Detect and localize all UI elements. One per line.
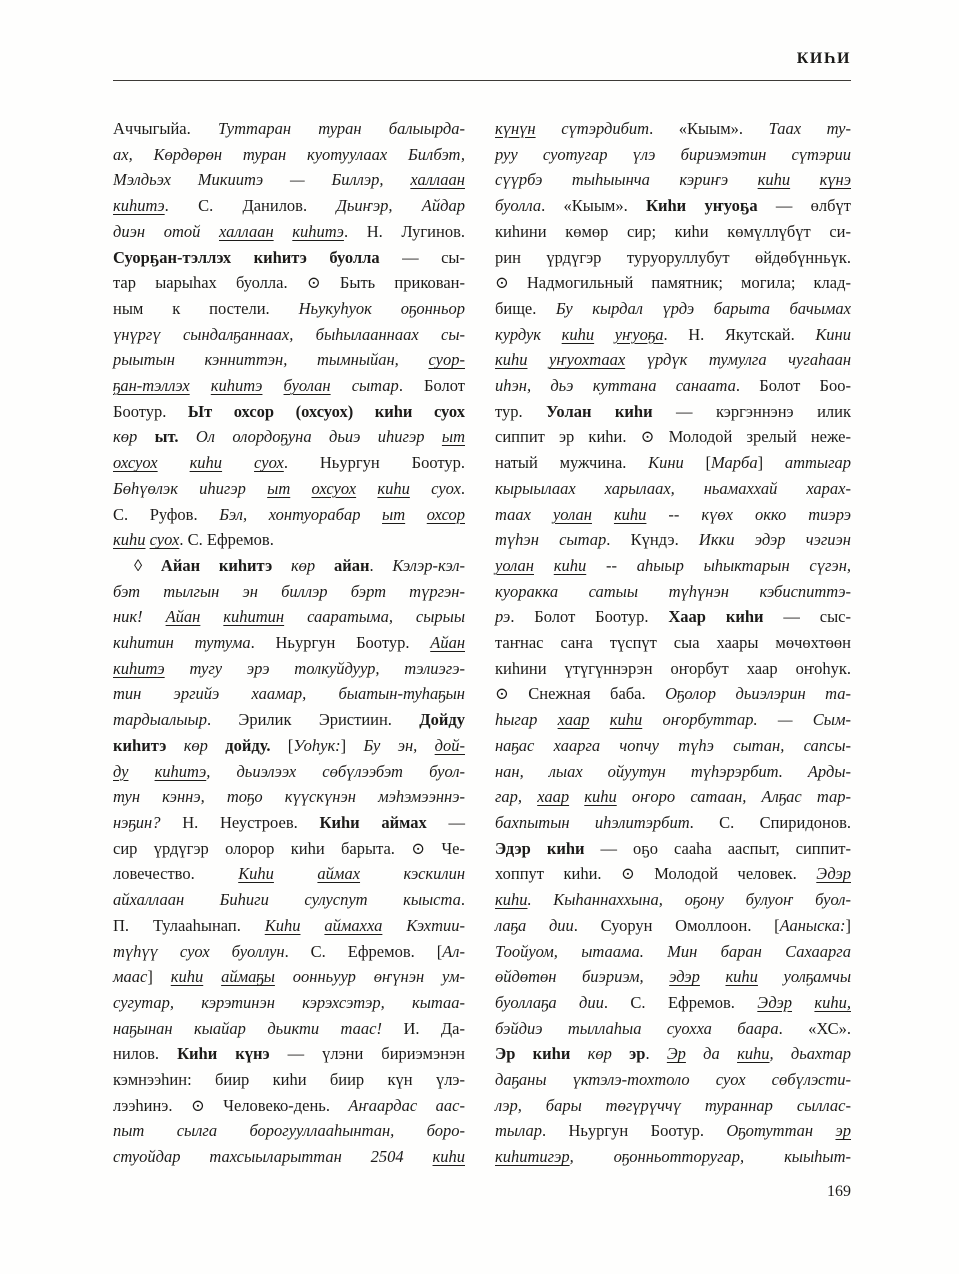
text-line: сүүрбэ тыһыынча кэриҥэ киһи күнэ <box>495 167 851 193</box>
citation-text: суох <box>410 479 461 498</box>
body-text: киһини көмөр сир; киһи көмүллүбүт си- <box>495 222 851 241</box>
citation-text: тылар <box>495 1121 542 1140</box>
underlined-citation-word: киһи, <box>814 993 851 1012</box>
citation-text: уолҕамчы <box>758 967 851 986</box>
underlined-citation-word: киһитэ <box>155 762 207 781</box>
underlined-citation-word: уҥуоҕа <box>615 325 664 344</box>
body-text: натый мужчина. <box>495 453 648 472</box>
body-text: хоппут киһи. ⊙ Молодой человек. <box>495 864 816 883</box>
underlined-citation-word: Эдэр <box>816 864 851 883</box>
text-line: сиппит эр киһи. ⊙ Молодой зрелый неже- <box>495 424 851 450</box>
citation-text: киһитин тутума <box>113 633 251 652</box>
text-line: кэмнээһин: биир киһи биир күн үлэ- <box>113 1067 465 1093</box>
citation-text: буоллаҕа дии <box>495 993 604 1012</box>
body-text: . <box>645 1044 666 1063</box>
text-line: нэҕин? Н. Неустроев. Киһи аймах — <box>113 810 465 836</box>
headword-text: Ыт охсор (охсуох) киһи суох <box>188 402 465 421</box>
text-line: киһи уҥуохтаах үрдүк тумулга чугаһаан <box>495 347 851 373</box>
underlined-citation-word: киһи <box>610 710 642 729</box>
body-text: . «ХС». <box>779 1019 851 1038</box>
underlined-citation-word: хаар <box>558 710 590 729</box>
text-line: наҕынан кыайар дьикти таас! И. Да- <box>113 1016 465 1042</box>
underlined-citation-word: киһи <box>584 787 616 806</box>
text-line: киһитэ. С. Данилов. Дьиҥэр, Айдар <box>113 193 465 219</box>
headword-text: Хаар киһи <box>668 607 763 626</box>
body-text: И. Да- <box>382 1019 465 1038</box>
citation-text: түһэн сытар <box>495 530 606 549</box>
running-head: КИҺИ <box>113 50 851 68</box>
citation-text: тун кэннэ, тоҕо күүскүнэн мэһэмээннэ- <box>113 787 465 806</box>
citation-text: , оҕонньотторугар, кыыһыт- <box>570 1147 851 1166</box>
body-text: кэмнээһин: биир киһи биир күн үлэ- <box>113 1070 465 1089</box>
text-line: таҥнас саҥа түспүт сыа хаары мөчөхтөөн <box>495 630 851 656</box>
underlined-citation-word: аймах <box>317 864 360 883</box>
citation-text: Ол олордоҕуна дьиэ иһигэр <box>196 427 442 446</box>
underlined-citation-word: эдэр <box>669 967 700 986</box>
body-text: . «Кыым». <box>649 119 769 138</box>
underlined-citation-word: ыт <box>442 427 465 446</box>
page-number: 169 <box>495 1183 851 1201</box>
body-text: тур. <box>495 402 546 421</box>
underlined-citation-word: Эр <box>667 1044 686 1063</box>
citation-text: Аҥаардас аас- <box>348 1096 465 1115</box>
underlined-citation-word: Эдэр <box>757 993 792 1012</box>
text-line: ду киһитэ, дьиэлээх сөбүлээбэт буол- <box>113 759 465 785</box>
text-line: күнүн сүтэрдибит. «Кыым». Таах ту- <box>495 116 851 142</box>
citation-text: руу суотугар үлэ бириэмэтин сүтэрии <box>495 145 851 164</box>
headword-text: айан <box>334 556 370 575</box>
body-text: [ <box>684 453 711 472</box>
body-text: ловечество. <box>113 864 238 883</box>
body-text: . Эрилик Эристиин. <box>207 710 419 729</box>
citation-text: Ал- <box>442 942 465 961</box>
citation-text: стуойдар тахсыыларыттан 2504 <box>113 1147 433 1166</box>
body-text: Аччыгыйа. <box>113 119 218 138</box>
headword-text: Уолан киһи <box>546 402 653 421</box>
column-left: Аччыгыйа. Туттаран туран балыырда-ах, Кө… <box>113 116 465 1170</box>
body-text: бище. <box>495 299 556 318</box>
citation-text: рыытын кэнниттэн, тымныйан, <box>113 350 428 369</box>
citation-text: курдук <box>495 325 562 344</box>
text-line: киһитин тутума. Ньургун Боотур. Айан <box>113 630 465 656</box>
text-line: С. Руфов. Бэл, хонтуорабар ыт охсор <box>113 502 465 528</box>
text-line: Бөһүөлэк иһигэр ыт охсуох киһи суох. <box>113 476 465 502</box>
text-line: тур. Уолан киһи — кэргэннэнэ илик <box>495 399 851 425</box>
citation-text: сүүрбэ тыһыынча кэриҥэ <box>495 170 758 189</box>
citation-text: оҥорбуттар. — Сым- <box>642 710 851 729</box>
body-text: ◊ <box>134 556 161 575</box>
underlined-citation-word: киһи <box>554 556 586 575</box>
underlined-citation-word: суор- <box>428 350 465 369</box>
underlined-citation-word: дой- <box>435 736 465 755</box>
body-text: . С. Данилов. <box>165 196 337 215</box>
text-line: киһини үтүгүннэрэн оҥорбут хаар оҥоһук. <box>495 656 851 682</box>
body-text: — оҕо сааһа ааспыт, сиппит- <box>585 839 851 858</box>
underlined-citation-word: Айан <box>430 633 465 652</box>
underlined-citation-word: киһи <box>377 479 409 498</box>
citation-text: ах, Көрдөрөн туран куотуулаах Билбэт, <box>113 145 465 164</box>
text-line: П. Тулааһынап. Киһи аймахха Кэхтии- <box>113 913 465 939</box>
citation-text: көр <box>113 427 137 446</box>
citation-text: кырыылаах харылаах, ньамаххай харах- <box>495 479 851 498</box>
text-line: ловечество. Киһи аймах кэскилин <box>113 861 465 887</box>
text-line: Мэлдьэх Микиитэ — Биллэр, халлаан <box>113 167 465 193</box>
underlined-citation-word: Айан <box>166 607 201 626</box>
underlined-citation-word: ду <box>113 762 128 781</box>
underlined-citation-word: киһитин <box>223 607 284 626</box>
citation-text: гар, <box>495 787 537 806</box>
text-line: киһини көмөр сир; киһи көмүллүбүт си- <box>495 219 851 245</box>
citation-text: сүтэрдибит <box>536 119 649 138</box>
underlined-citation-word: ыт <box>267 479 290 498</box>
citation-text: айхаллаан Биһиги сулуспут кыыста <box>113 890 461 909</box>
citation-text: Кини <box>648 453 684 472</box>
text-line: лэр, бары төгүрүччү тураннар сыллас- <box>495 1093 851 1119</box>
body-text: . Болот <box>399 376 465 395</box>
text-line: хоппут киһи. ⊙ Молодой человек. Эдэр <box>495 861 851 887</box>
citation-text: Ааныска: <box>780 916 846 935</box>
citation-text: да <box>686 1044 737 1063</box>
text-line: ах, Көрдөрөн туран куотуулаах Билбэт, <box>113 142 465 168</box>
text-line: ⊙ Снежная баба. Оҕолор дьиэлэрин та- <box>495 681 851 707</box>
underlined-citation-word: киһитэ <box>211 376 263 395</box>
citation-text: аттыгар <box>785 453 851 472</box>
underlined-citation-word: буолан <box>284 376 331 395</box>
underlined-citation-word: халлаан <box>219 222 274 241</box>
text-line: ник! Айан киһитин сааратыма, сырыы <box>113 604 465 630</box>
body-text: . Н. Лугинов. <box>344 222 465 241</box>
text-line: сир үрдүгэр олорор киһи барыта. ⊙ Че- <box>113 836 465 862</box>
body-text: ] <box>846 916 852 935</box>
citation-text: , дьиэлээх сөбүлээбэт буол- <box>206 762 465 781</box>
underlined-citation-word: киһи <box>495 890 527 909</box>
body-text: — сы- <box>380 248 465 267</box>
body-text: тар ыарыһах буолла. ⊙ Быть прикован- <box>113 273 465 292</box>
text-line: киһитигэр, оҕонньотторугар, кыыһыт- <box>495 1144 851 1170</box>
headword-text: Дойду <box>419 710 465 729</box>
citation-text: лаҕа дии <box>495 916 574 935</box>
citation-text: һыгар <box>495 710 558 729</box>
citation-text: тардыалыыр <box>113 710 207 729</box>
citation-text: Бу кырдал үрдэ барыта бачымах <box>556 299 851 318</box>
underlined-citation-word: киһи <box>725 967 757 986</box>
citation-text: үрдүк тумулга чугаһаан <box>625 350 851 369</box>
body-text: сир үрдүгэр олорор киһи барыта. ⊙ Че- <box>113 839 465 858</box>
citation-text: Оҕолор дьиэлэрин та- <box>665 684 851 703</box>
body-text: — сыс- <box>764 607 851 626</box>
underlined-citation-word: киһи <box>737 1044 769 1063</box>
headword-text: Киһи күнэ <box>177 1044 270 1063</box>
citation-text: нэҕин? <box>113 813 160 832</box>
body-text: сиппит эр киһи. ⊙ Молодой зрелый неже- <box>495 427 851 446</box>
body-text: [ <box>270 736 293 755</box>
body-text: . С. Спиридонов. <box>690 813 851 832</box>
body-text: . С. Ефремов. <box>604 993 757 1012</box>
text-line: тылар. Ньургун Боотур. Оҕотуттан эр <box>495 1118 851 1144</box>
citation-text: тугу эрэ толкуйдуур, тэлиэгэ- <box>165 659 465 678</box>
citation-text: оҥоро сатаан, Алҕас тар- <box>617 787 851 806</box>
citation-text: Кэхтии- <box>382 916 465 935</box>
underlined-citation-word: киһитэ <box>113 196 165 215</box>
text-line: маас] киһи аймаҕы оонньуур өҥүнэн ум- <box>113 964 465 990</box>
body-text: нилов. <box>113 1044 177 1063</box>
text-line: киһитэ тугу эрэ толкуйдуур, тэлиэгэ- <box>113 656 465 682</box>
headword-text: Эр киһи <box>495 1044 570 1063</box>
text-columns: Аччыгыйа. Туттаран туран балыырда-ах, Кө… <box>113 116 851 1170</box>
dictionary-page: { "running_head": "КИҺИ", "page_number":… <box>0 0 959 1274</box>
citation-text: бэт тылгын эн биллэр бэрт түргэн- <box>113 582 465 601</box>
text-line: курдук киһи уҥуоҕа. Н. Якутскай. Кини <box>495 322 851 348</box>
text-line: нилов. Киһи күнэ — үлэни бириэмэнэн <box>113 1041 465 1067</box>
underlined-citation-word: киһитэ <box>292 222 344 241</box>
headword-text: киһитэ <box>113 736 166 755</box>
text-line: гар, хаар киһи оҥоро сатаан, Алҕас тар- <box>495 784 851 810</box>
headword-text: дойду. <box>225 736 270 755</box>
headword-text: ыт. <box>137 427 196 446</box>
text-line: бище. Бу кырдал үрдэ барыта бачымах <box>495 296 851 322</box>
underlined-citation-word: аймаҕы <box>221 967 275 986</box>
citation-text: -- аһыыр ыһыктарын сүгэн, <box>586 556 851 575</box>
underlined-citation-word: уолан <box>495 556 534 575</box>
text-line: Эр киһи көр эр. Эр да киһи, дьахтар <box>495 1041 851 1067</box>
text-line: Эдэр киһи — оҕо сааһа ааспыт, сиппит- <box>495 836 851 862</box>
body-text: С. Руфов. <box>113 505 219 524</box>
body-text: . С. Ефремов. [ <box>285 942 443 961</box>
body-text: . Күндэ. <box>606 530 699 549</box>
text-line: киһитэ көр дойду. [Уоһук:] Бу эн, дой- <box>113 733 465 759</box>
text-line: Тоойуом, ытаама. Мин баран Сахаарга <box>495 939 851 965</box>
body-text: . <box>461 890 465 909</box>
text-line: киһи суох. С. Ефремов. <box>113 527 465 553</box>
text-line: буолла. «Кыым». Киһи уҥуоҕа — өлбүт <box>495 193 851 219</box>
citation-text: бэйдиэ тыллаһыа суохха баара <box>495 1019 779 1038</box>
body-text: . С. Ефремов. <box>179 530 273 549</box>
text-line: үнүргү сындалҕаннаах, быһылааннаах сы- <box>113 322 465 348</box>
underlined-citation-word: охсор <box>427 505 465 524</box>
text-line: таах уолан киһи -- күөх окко тиэрэ <box>495 502 851 528</box>
body-text: киһини үтүгүннэрэн оҥорбут хаар оҥоһук. <box>495 659 851 678</box>
citation-text: куоракка сатыы түһүнэн кэбиспиттэ- <box>495 582 851 601</box>
text-line: ҕан-тэллэх киһитэ буолан сытар. Болот <box>113 373 465 399</box>
body-text: . Ньургун Боотур. <box>542 1121 726 1140</box>
citation-text: Кини <box>815 325 851 344</box>
body-text: Н. Неустроев. <box>160 813 319 832</box>
underlined-citation-word: аймахха <box>324 916 382 935</box>
body-text: ] <box>341 736 364 755</box>
text-line: стуойдар тахсыыларыттан 2504 киһи <box>113 1144 465 1170</box>
underlined-citation-word: киһи <box>495 350 527 369</box>
citation-text: наҕынан кыайар дьикти таас! <box>113 1019 382 1038</box>
underlined-citation-word: киһи <box>190 453 222 472</box>
underlined-citation-word: ҕан-тэллэх <box>113 376 190 395</box>
citation-text: Туттаран туран балыырда- <box>218 119 465 138</box>
citation-text: иһэн, дьэ куттана санаата <box>495 376 736 395</box>
citation-text: , дьахтар <box>770 1044 851 1063</box>
body-text: . <box>369 556 392 575</box>
text-line: һыгар хаар киһи оҥорбуттар. — Сым- <box>495 707 851 733</box>
citation-text: рэ <box>495 607 510 626</box>
body-text: . Болот Боотур. <box>510 607 668 626</box>
text-line: Аччыгыйа. Туттаран туран балыырда- <box>113 116 465 142</box>
citation-text: -- күөх окко тиэрэ <box>646 505 851 524</box>
text-line: буоллаҕа дии. С. Ефремов. Эдэр киһи, <box>495 990 851 1016</box>
citation-text: маас <box>113 967 147 986</box>
text-line: тардыалыыр. Эрилик Эристиин. Дойду <box>113 707 465 733</box>
citation-text: . Кыһаннаххына, оҕону булуоҥ буол- <box>527 890 851 909</box>
text-line: лээһинэ. ⊙ Человеко-день. Аҥаардас аас- <box>113 1093 465 1119</box>
citation-text: лэр, бары төгүрүччү тураннар сыллас- <box>495 1096 851 1115</box>
text-line: уолан киһи -- аһыыр ыһыктарын сүгэн, <box>495 553 851 579</box>
text-line: ⊙ Надмогильный памятник; могила; клад- <box>495 270 851 296</box>
text-line: тин эргийэ хаамар, быатын-туһаҕын <box>113 681 465 707</box>
body-text: . Ньургун Боотур. <box>251 633 431 652</box>
body-text: ным к постели. <box>113 299 299 318</box>
headword-text: Киһи уҥуоҕа <box>646 196 758 215</box>
text-line: рин үрдүгэр туруоруллубут өйдөбүнньүк. <box>495 245 851 271</box>
text-line: руу суотугар үлэ бириэмэтин сүтэрии <box>495 142 851 168</box>
header-rule <box>113 80 851 81</box>
text-line: сугутар, кэрэтинэн кэрэхсэтэр, кытаа- <box>113 990 465 1016</box>
text-line: рэ. Болот Боотур. Хаар киһи — сыс- <box>495 604 851 630</box>
text-line: бахпытын иһэлитэрбит. С. Спиридонов. <box>495 810 851 836</box>
text-line: түһэн сытар. Күндэ. Икки эдэр чэгиэн <box>495 527 851 553</box>
citation-text: Уоһук: <box>293 736 340 755</box>
body-text: лээһинэ. ⊙ Человеко-день. <box>113 1096 348 1115</box>
citation-text: Бэл, хонтуорабар <box>219 505 382 524</box>
citation-text: нан, лыах ойуутун түһэрэрбит. Арды- <box>495 762 851 781</box>
underlined-citation-word: Киһи <box>265 916 301 935</box>
text-line: диэн отой халлаан киһитэ. Н. Лугинов. <box>113 219 465 245</box>
text-line: кырыылаах харылаах, ньамаххай харах- <box>495 476 851 502</box>
citation-text: кэскилин <box>360 864 465 883</box>
body-text: — өлбүт <box>758 196 851 215</box>
underlined-citation-word: күнүн <box>495 119 536 138</box>
text-line: тун кэннэ, тоҕо күүскүнэн мэһэмээннэ- <box>113 784 465 810</box>
citation-text: Мэлдьэх Микиитэ — Биллэр, <box>113 170 410 189</box>
body-text: . Болот Боо- <box>736 376 851 395</box>
body-text: . Н. Якутскай. <box>664 325 816 344</box>
citation-text: Ньукуһуок оҕонньор <box>299 299 465 318</box>
underlined-citation-word: киһи <box>562 325 594 344</box>
citation-text: пыт сылга борогууллааһынтан, боро- <box>113 1121 465 1140</box>
body-text: П. Тулааһынап. <box>113 916 265 935</box>
citation-text: түһүү суох буоллун <box>113 942 285 961</box>
text-line: наҕас хаарга чопчу түһэ сытан, сапсы- <box>495 733 851 759</box>
citation-text: тин эргийэ хаамар, быатын-туһаҕын <box>113 684 465 703</box>
body-text: . <box>461 479 465 498</box>
citation-text: Бөһүөлэк иһигэр <box>113 479 267 498</box>
text-line: даҕаны үктэлэ-тохтоло суох сөбүлэсти- <box>495 1067 851 1093</box>
body-text: — кэргэннэнэ илик <box>653 402 851 421</box>
underlined-citation-word: күнэ <box>820 170 851 189</box>
body-text: Боотур. <box>113 402 188 421</box>
underlined-citation-word: киһи <box>113 530 145 549</box>
underlined-citation-word: киһи <box>614 505 646 524</box>
citation-text: сытар <box>331 376 399 395</box>
underlined-citation-word: уҥуохтаах <box>549 350 625 369</box>
text-line: нан, лыах ойуутун түһэрэрбит. Арды- <box>495 759 851 785</box>
text-line: ◊ Айан киһитэ көр айан. Кэлэр-кэл- <box>113 553 465 579</box>
citation-text: таах <box>495 505 553 524</box>
text-line: натый мужчина. Кини [Марба] аттыгар <box>495 450 851 476</box>
text-line: Суорҕан-тэллэх киһитэ буолла — сы- <box>113 245 465 271</box>
text-line: киһи. Кыһаннаххына, оҕону булуоҥ буол- <box>495 887 851 913</box>
underlined-citation-word: охсуох <box>113 453 158 472</box>
citation-text: даҕаны үктэлэ-тохтоло суох сөбүлэсти- <box>495 1070 851 1089</box>
text-line: тар ыарыһах буолла. ⊙ Быть прикован- <box>113 270 465 296</box>
body-text: ⊙ Снежная баба. <box>495 684 665 703</box>
citation-text: диэн отой <box>113 222 219 241</box>
citation-text: сааратыма, сырыы <box>284 607 465 626</box>
citation-text: Икки эдэр чэгиэн <box>699 530 851 549</box>
underlined-citation-word: киһитигэр <box>495 1147 570 1166</box>
underlined-citation-word: суох <box>254 453 284 472</box>
underlined-citation-word: Киһи <box>238 864 274 883</box>
underlined-citation-word: хаар <box>537 787 569 806</box>
body-text: ⊙ Надмогильный памятник; могила; клад- <box>495 273 851 292</box>
citation-text: сугутар, кэрэтинэн кэрэхсэтэр, кытаа- <box>113 993 465 1012</box>
underlined-citation-word: киһи <box>433 1147 465 1166</box>
text-line: бэт тылгын эн биллэр бэрт түргэн- <box>113 579 465 605</box>
underlined-citation-word: эр <box>835 1121 851 1140</box>
text-line: өйдөтөн биэриэм, эдэр киһи уолҕамчы <box>495 964 851 990</box>
citation-text: көр <box>272 556 334 575</box>
headword-text: Эдэр киһи <box>495 839 585 858</box>
citation-text: буолла <box>495 196 541 215</box>
column-right: күнүн сүтэрдибит. «Кыым». Таах ту-руу су… <box>495 116 851 1170</box>
text-line: айхаллаан Биһиги сулуспут кыыста. <box>113 887 465 913</box>
body-text: — <box>427 813 465 832</box>
citation-text: ник! <box>113 607 166 626</box>
underlined-citation-word: киһи <box>171 967 203 986</box>
citation-text: көр <box>570 1044 629 1063</box>
text-line: куоракка сатыы түһүнэн кэбиспиттэ- <box>495 579 851 605</box>
citation-text: Бу эн, <box>364 736 435 755</box>
body-text: . Суорун Омоллоон. [ <box>574 916 780 935</box>
text-line: рыытын кэнниттэн, тымныйан, суор- <box>113 347 465 373</box>
body-text: — үлэни бириэмэнэн <box>270 1044 465 1063</box>
underlined-citation-word: киһитэ <box>113 659 165 678</box>
citation-text: Кэлэр-кэл- <box>392 556 465 575</box>
underlined-citation-word: суох <box>150 530 180 549</box>
text-line: лаҕа дии. Суорун Омоллоон. [Ааныска:] <box>495 913 851 939</box>
underlined-citation-word: киһи <box>758 170 790 189</box>
text-line: түһүү суох буоллун. С. Ефремов. [Ал- <box>113 939 465 965</box>
headword-text: эр <box>629 1044 645 1063</box>
text-line: Боотур. Ыт охсор (охсуох) киһи суох <box>113 399 465 425</box>
underlined-citation-word: уолан <box>553 505 592 524</box>
citation-text: өйдөтөн биэриэм, <box>495 967 669 986</box>
underlined-citation-word: охсуох <box>312 479 357 498</box>
headword-text: Киһи аймах <box>319 813 426 832</box>
citation-text: Таах ту- <box>769 119 851 138</box>
citation-text: наҕас хаарга чопчу түһэ сытан, сапсы- <box>495 736 851 755</box>
headword-text: Айан киһитэ <box>161 556 272 575</box>
body-text: таҥнас саҥа түспүт сыа хаары мөчөхтөөн <box>495 633 851 652</box>
citation-text: бахпытын иһэлитэрбит <box>495 813 690 832</box>
citation-text: үнүргү сындалҕаннаах, быһылааннаах сы- <box>113 325 465 344</box>
text-line: иһэн, дьэ куттана санаата. Болот Боо- <box>495 373 851 399</box>
text-line: пыт сылга борогууллааһынтан, боро- <box>113 1118 465 1144</box>
body-text: ] <box>147 967 170 986</box>
body-text: рин үрдүгэр туруоруллубут өйдөбүнньүк. <box>495 248 851 267</box>
body-text: ] <box>758 453 785 472</box>
citation-text: Оҕотуттан <box>726 1121 835 1140</box>
citation-text: көр <box>166 736 225 755</box>
citation-text: Марба <box>711 453 758 472</box>
text-line: охсуох киһи суох. Ньургун Боотур. <box>113 450 465 476</box>
body-text: . Ньургун Боотур. <box>284 453 465 472</box>
